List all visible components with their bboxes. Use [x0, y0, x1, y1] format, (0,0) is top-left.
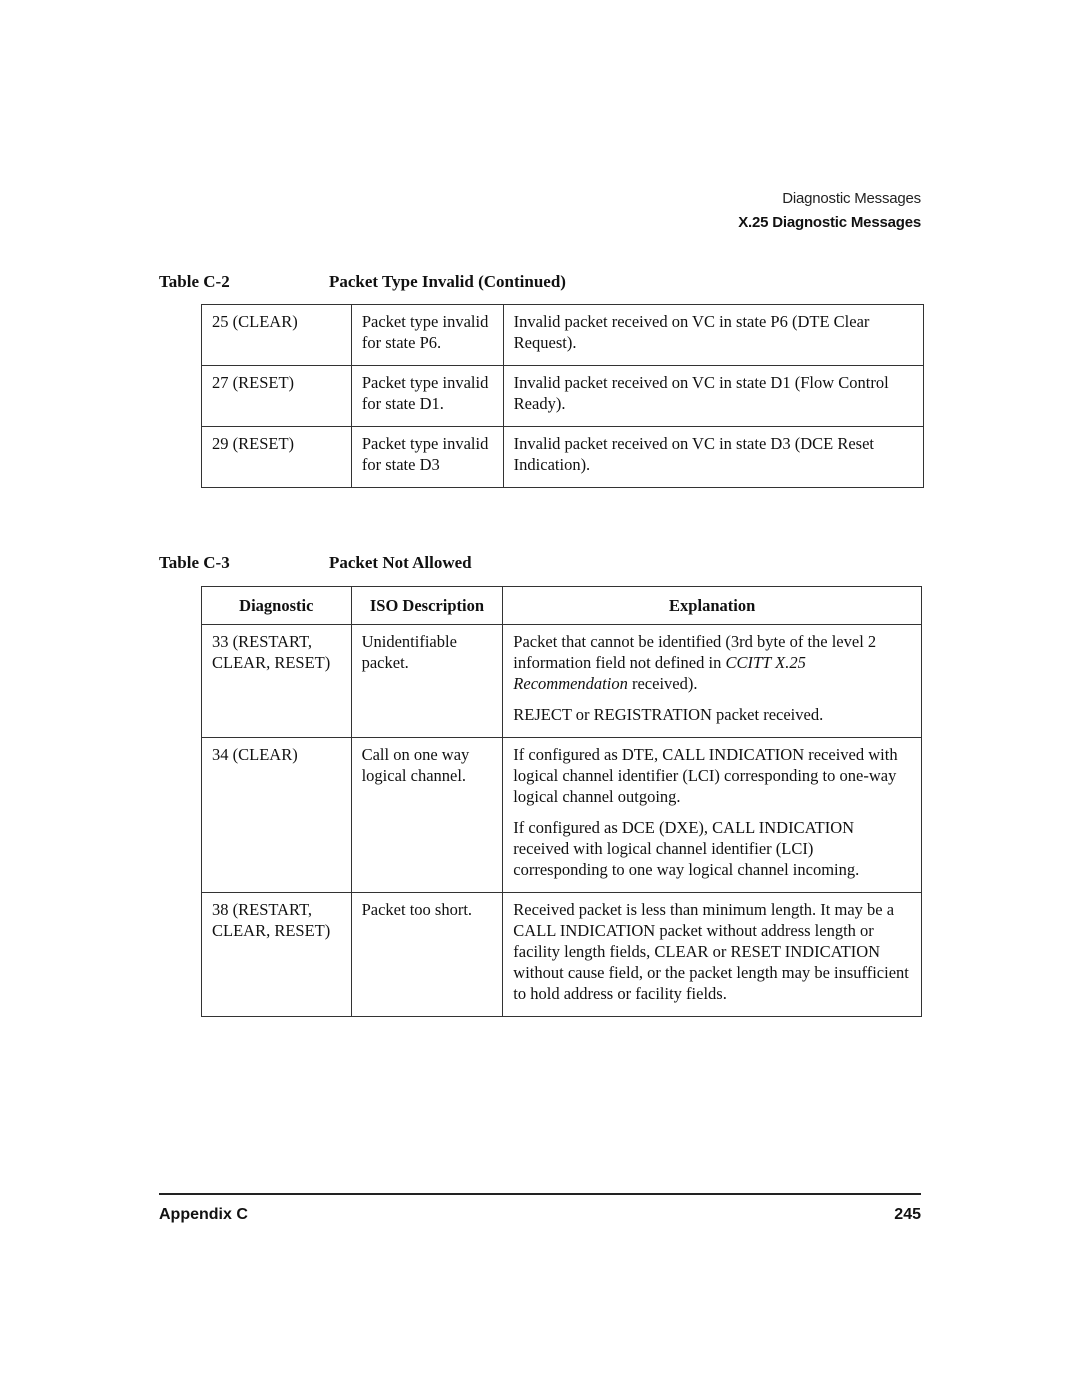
- diagnostic-cell: 34 (CLEAR): [202, 738, 352, 893]
- diagnostic-cell: 25 (CLEAR): [202, 305, 352, 366]
- explanation-paragraph: Received packet is less than minimum len…: [513, 899, 911, 1004]
- table-c2-number: Table C-2: [159, 272, 230, 292]
- table-row: 25 (CLEAR) Packet type invalid for state…: [202, 305, 924, 366]
- table-row: 33 (RESTART, CLEAR, RESET) Unidentifiabl…: [202, 625, 922, 738]
- explanation-cell: Invalid packet received on VC in state D…: [503, 366, 923, 427]
- table-c2: 25 (CLEAR) Packet type invalid for state…: [201, 304, 924, 488]
- table-row: 38 (RESTART, CLEAR, RESET) Packet too sh…: [202, 893, 922, 1017]
- table-row: 27 (RESET) Packet type invalid for state…: [202, 366, 924, 427]
- explanation-cell: Invalid packet received on VC in state P…: [503, 305, 923, 366]
- page-number: 245: [894, 1206, 921, 1224]
- explanation-cell: Received packet is less than minimum len…: [503, 893, 922, 1017]
- explanation-cell: If configured as DTE, CALL INDICATION re…: [503, 738, 922, 893]
- table-c3: Diagnostic ISO Description Explanation 3…: [201, 586, 922, 1017]
- explanation-paragraph: REJECT or REGISTRATION packet received.: [513, 704, 911, 725]
- diagnostic-cell: 27 (RESET): [202, 366, 352, 427]
- running-head-chapter: Diagnostic Messages: [738, 189, 921, 209]
- column-header-explanation: Explanation: [503, 587, 922, 625]
- explanation-paragraph: If configured as DTE, CALL INDICATION re…: [513, 744, 911, 807]
- iso-description-cell: Call on one way logical channel.: [351, 738, 503, 893]
- diagnostic-cell: 29 (RESET): [202, 427, 352, 488]
- table-header-row: Diagnostic ISO Description Explanation: [202, 587, 922, 625]
- explanation-paragraph: If configured as DCE (DXE), CALL INDICAT…: [513, 817, 911, 880]
- explanation-cell: Invalid packet received on VC in state D…: [503, 427, 923, 488]
- diagnostic-cell: 38 (RESTART, CLEAR, RESET): [202, 893, 352, 1017]
- table-row: 29 (RESET) Packet type invalid for state…: [202, 427, 924, 488]
- iso-description-cell: Packet type invalid for state D1.: [351, 366, 503, 427]
- running-head-section: X.25 Diagnostic Messages: [738, 213, 921, 233]
- table-c3-number: Table C-3: [159, 553, 230, 573]
- running-head: Diagnostic Messages X.25 Diagnostic Mess…: [738, 189, 921, 233]
- column-header-iso-description: ISO Description: [351, 587, 503, 625]
- table-row: 34 (CLEAR) Call on one way logical chann…: [202, 738, 922, 893]
- table-c2-title: Packet Type Invalid (Continued): [329, 272, 566, 292]
- footer-divider: [159, 1193, 921, 1195]
- column-header-diagnostic: Diagnostic: [202, 587, 352, 625]
- explanation-paragraph: Packet that cannot be identified (3rd by…: [513, 631, 911, 694]
- explanation-text: received).: [628, 674, 698, 693]
- diagnostic-cell: 33 (RESTART, CLEAR, RESET): [202, 625, 352, 738]
- footer-appendix-label: Appendix C: [159, 1206, 248, 1224]
- iso-description-cell: Packet type invalid for state P6.: [351, 305, 503, 366]
- iso-description-cell: Packet type invalid for state D3: [351, 427, 503, 488]
- iso-description-cell: Unidentifiable packet.: [351, 625, 503, 738]
- iso-description-cell: Packet too short.: [351, 893, 503, 1017]
- table-c3-title: Packet Not Allowed: [329, 553, 472, 573]
- explanation-cell: Packet that cannot be identified (3rd by…: [503, 625, 922, 738]
- explanation-text: Packet that cannot be identified (3rd by…: [513, 632, 876, 672]
